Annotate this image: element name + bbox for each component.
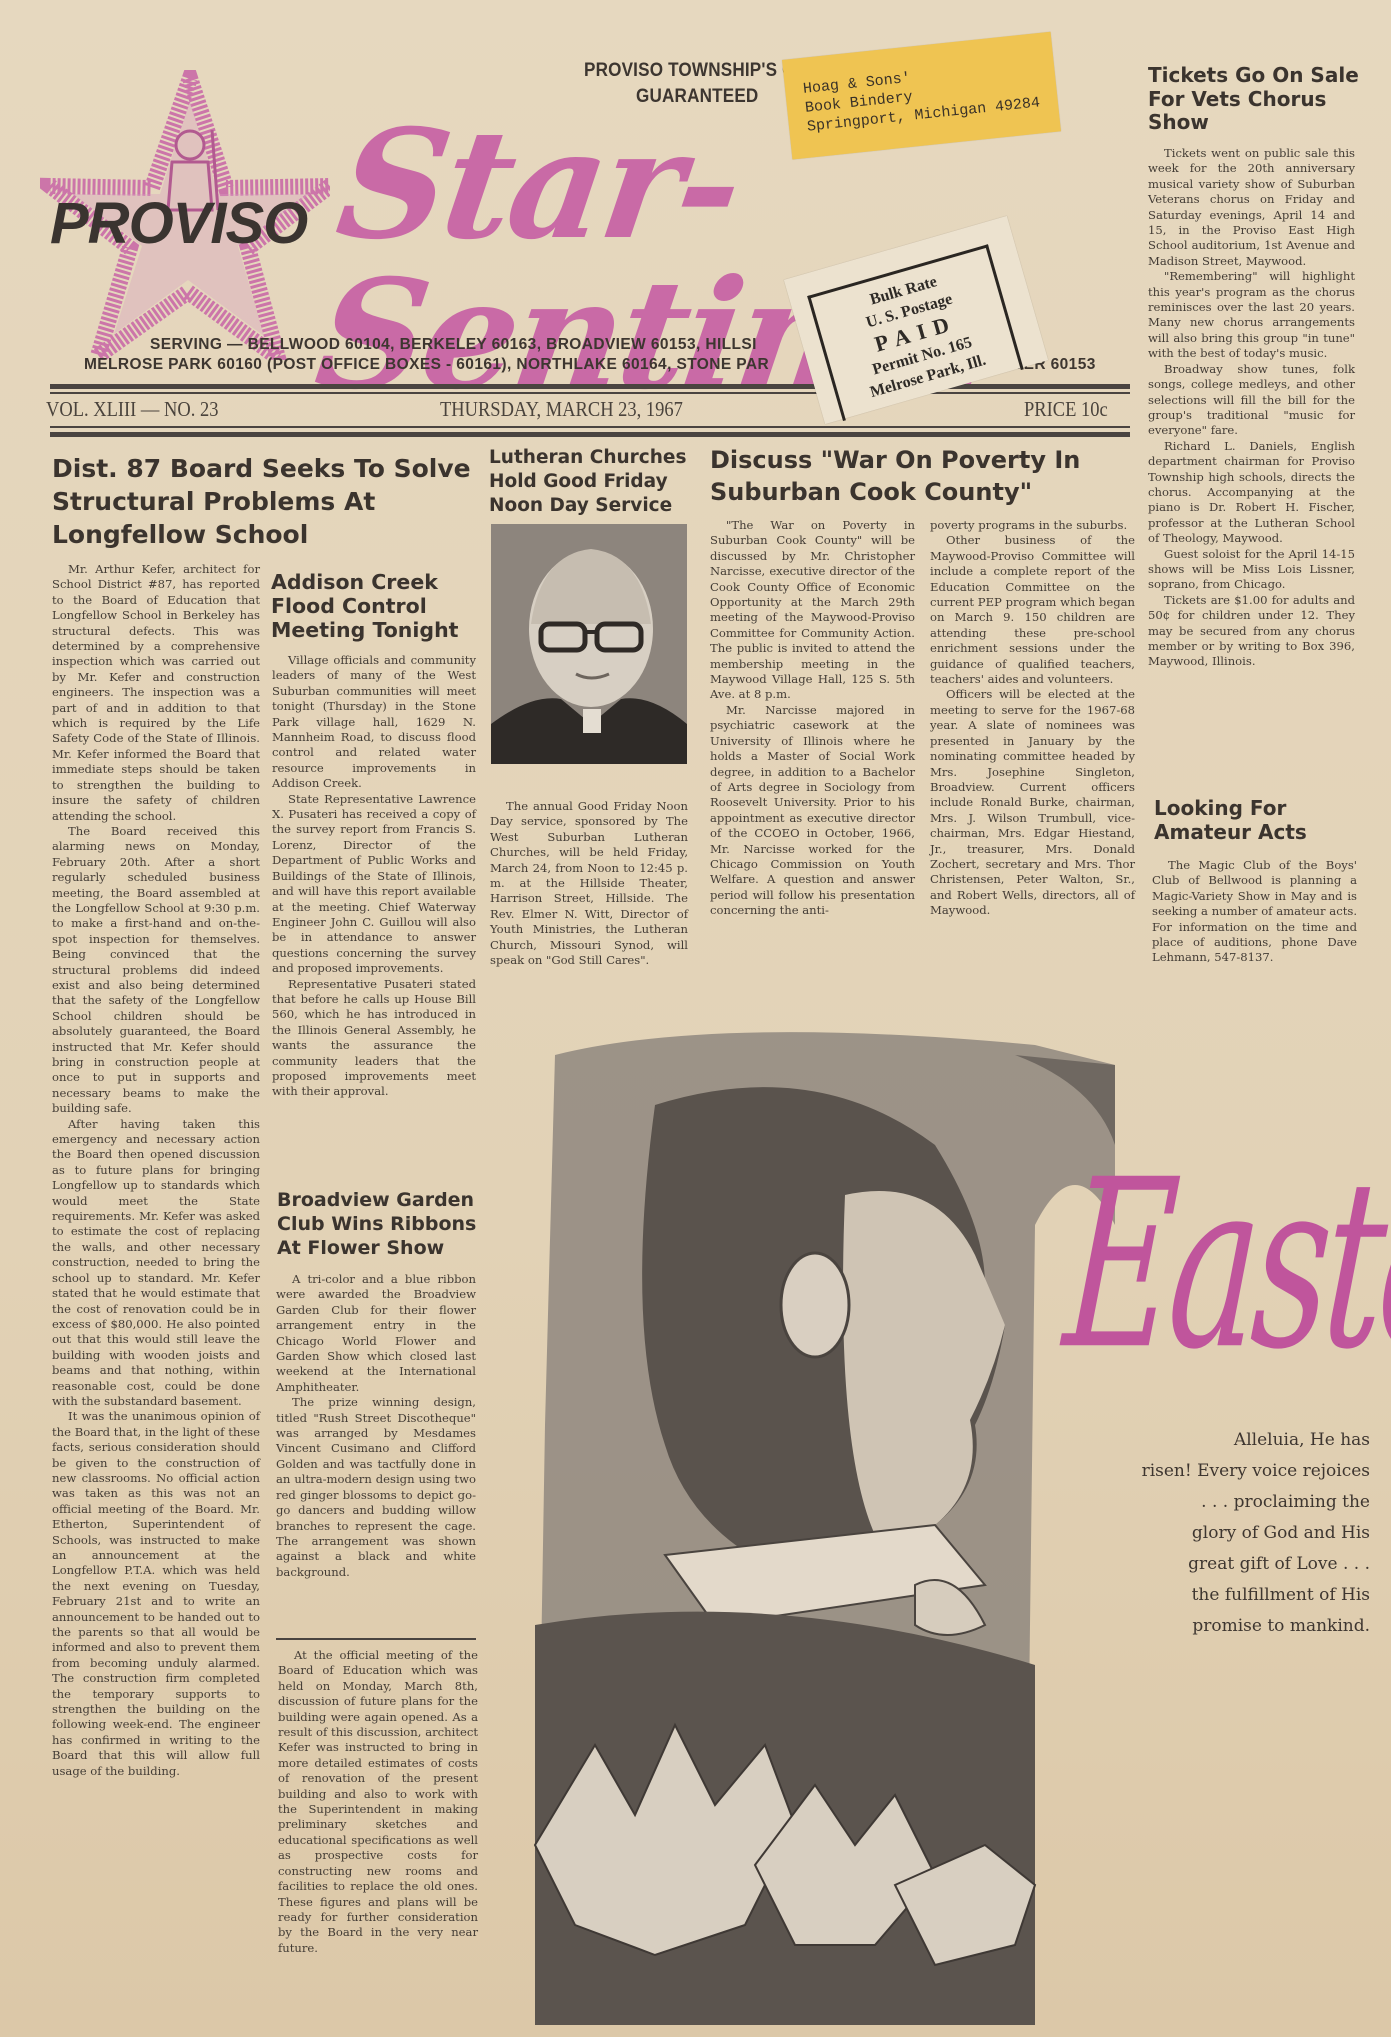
easter-script-title: Easter [1059,1150,1391,1383]
easter-line: . . . proclaiming the [1080,1487,1370,1518]
chorus-paragraph: Tickets went on public sale this week fo… [1148,146,1355,269]
poverty-paragraph: Mr. Narcisse majored in psychiatric case… [710,703,915,919]
dist87-paragraph: Mr. Arthur Kefer, architect for School D… [52,562,260,824]
dist87-paragraph: After having taken this emergency and ne… [52,1117,260,1410]
addison-paragraph: State Representative Lawrence X. Pusater… [272,792,476,977]
article-poverty-col1: "The War on Poverty in Suburban Cook Cou… [710,518,915,919]
headline-garden-club: Broadview Garden Club Wins Ribbons At Fl… [277,1188,482,1260]
chorus-paragraph: Broadway show tunes, folk songs, college… [1148,362,1355,439]
chorus-paragraph: "Remembering" will highlight this year's… [1148,269,1355,361]
easter-line: risen! Every voice rejoices [1080,1456,1370,1487]
dist87-paragraph: The Board received this alarming news on… [52,824,260,1117]
lutheran-paragraph: The annual Good Friday Noon Day service,… [490,799,688,968]
column-divider [276,1638,476,1640]
volume-number: VOL. XLIII — NO. 23 [46,397,218,422]
addison-paragraph: Village officials and community leaders … [272,653,476,792]
headline-chorus: Tickets Go On Sale For Vets Chorus Show [1148,64,1388,135]
easter-message: Alleluia, He has risen! Every voice rejo… [1080,1425,1370,1642]
poverty-paragraph: poverty programs in the suburbs. [930,518,1135,533]
article-chorus-body: Tickets went on public sale this week fo… [1148,146,1355,670]
photo-rev-witt [491,524,687,764]
garden-paragraph: A tri-color and a blue ribbon were award… [276,1272,476,1395]
issue-date: THURSDAY, MARCH 23, 1967 [440,397,683,422]
addison-paragraph: Representative Pusateri stated that befo… [272,977,476,1100]
issue-price: PRICE 10c [1024,397,1108,422]
article-lutheran-body: The annual Good Friday Noon Day service,… [490,799,688,968]
chorus-paragraph: Richard L. Daniels, English department c… [1148,439,1355,547]
easter-choirboy-illustration [515,1025,1115,2030]
article-addison-body: Village officials and community leaders … [272,653,476,1100]
headline-addison-creek: Addison Creek Flood Control Meeting Toni… [271,570,476,642]
headline-war-on-poverty: Discuss "War On Poverty In Suburban Cook… [710,444,1140,508]
headline-lutheran: Lutheran Churches Hold Good Friday Noon … [489,446,694,518]
folio-rule-thick [50,432,1130,437]
serving-line-1: SERVING — BELLWOOD 60104, BERKELEY 60163… [150,336,757,354]
article-dist87-body: Mr. Arthur Kefer, architect for School D… [52,562,260,1779]
easter-line: glory of God and His [1080,1518,1370,1549]
headline-amateur-acts: Looking For Amateur Acts [1154,797,1374,844]
dist87-paragraph: It was the unanimous opinion of the Boar… [52,1409,260,1779]
easter-line: promise to mankind. [1080,1611,1370,1642]
headline-dist87: Dist. 87 Board Seeks To Solve Structural… [52,452,482,551]
easter-line: great gift of Love . . . [1080,1549,1370,1580]
chorus-paragraph: Guest soloist for the April 14-15 shows … [1148,547,1355,593]
article-amateur-body: The Magic Club of the Boys' Club of Bell… [1152,858,1357,966]
folio-rule-thin [50,426,1130,428]
easter-line: Alleluia, He has [1080,1425,1370,1456]
dist87-continuation-paragraph: At the official meeting of the Board of … [278,1648,478,1956]
article-dist87-continuation: At the official meeting of the Board of … [278,1648,478,1956]
amateur-paragraph: The Magic Club of the Boys' Club of Bell… [1152,858,1357,966]
proviso-logo-text: PROVISO [50,190,307,257]
poverty-paragraph: "The War on Poverty in Suburban Cook Cou… [710,518,915,703]
article-garden-body: A tri-color and a blue ribbon were award… [276,1272,476,1580]
serving-line-2: MELROSE PARK 60160 (POST OFFICE BOXES - … [84,356,769,374]
portrait-icon [491,524,687,764]
poverty-paragraph: Other business of the Maywood-Proviso Co… [930,533,1135,687]
chorus-paragraph: Tickets are $1.00 for adults and 50¢ for… [1148,593,1355,670]
poverty-paragraph: Officers will be elected at the meeting … [930,687,1135,918]
garden-paragraph: The prize winning design, titled "Rush S… [276,1395,476,1580]
article-poverty-col2: poverty programs in the suburbs. Other b… [930,518,1135,919]
masthead-rule-top-thin [50,392,1130,394]
easter-line: the fulfillment of His [1080,1580,1370,1611]
newspaper-page: PROVISO TOWNSHIP'S GREATEST NEWSPAPER GU… [0,0,1391,2037]
